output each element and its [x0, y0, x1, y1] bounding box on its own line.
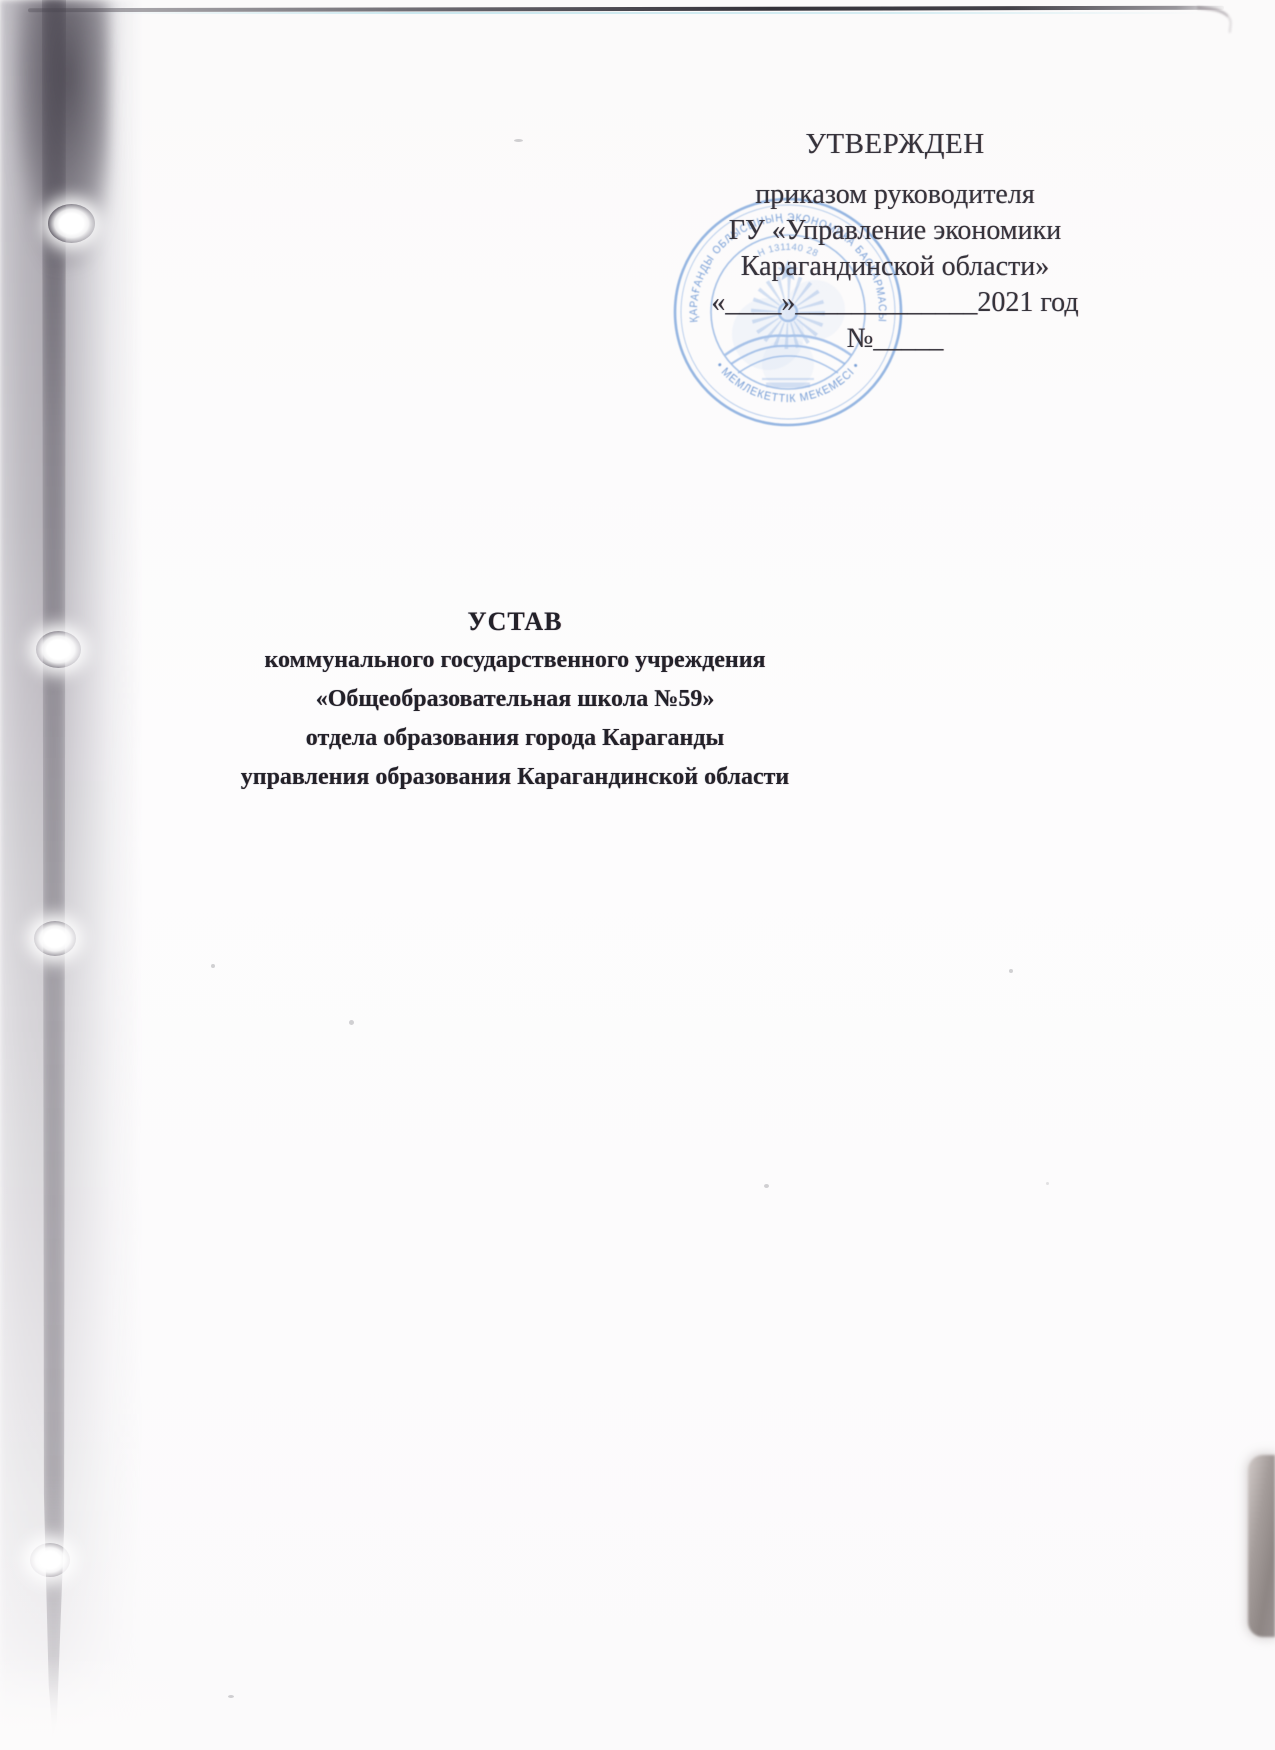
punch-hole — [36, 631, 81, 668]
punch-hole — [34, 921, 76, 956]
scan-side-tab — [1248, 1455, 1275, 1637]
approval-line-by-order: приказом руководителя — [690, 177, 1100, 213]
scanned-document-page: ҚАРАҒАНДЫ ОБЛЫСЫНЫҢ ЭКОНОМИКА БАСҚАРМАСЫ… — [0, 0, 1275, 1750]
scan-speck — [764, 1184, 769, 1188]
title-line-entity: коммунального государственного учреждени… — [135, 641, 895, 680]
scan-speck — [349, 1020, 354, 1025]
title-line-department: отдела образования города Караганды — [135, 719, 895, 758]
scan-top-edge-tint — [96, 12, 1206, 14]
approval-line-approved: УТВЕРЖДЕН — [690, 126, 1100, 162]
scan-edge-curl — [1195, 6, 1233, 33]
scan-speck — [211, 964, 215, 968]
scan-band-fade — [0, 1656, 170, 1750]
punch-hole — [30, 1543, 70, 1577]
scan-speck — [514, 139, 523, 142]
document-title-block: УСТАВ коммунального государственного учр… — [135, 602, 895, 797]
approval-line-gu-name-2: Карагандинской области» — [690, 249, 1100, 285]
approval-line-number-blank: №_____ — [690, 321, 1100, 357]
approval-line-date-blank: «____»_____________2021 год — [690, 285, 1100, 321]
punch-hole — [48, 204, 95, 243]
scan-speck — [228, 1695, 234, 1698]
title-line-region: управления образования Карагандинской об… — [135, 758, 895, 797]
title-line-ustav: УСТАВ — [135, 602, 895, 641]
scan-speck — [1046, 1182, 1049, 1185]
approval-line-gu-name-1: ГУ «Управление экономики — [690, 213, 1100, 249]
title-line-school: «Общеобразовательная школа №59» — [135, 680, 895, 719]
approval-block: УТВЕРЖДЕН приказом руководителя ГУ «Упра… — [690, 126, 1100, 357]
scan-speck — [1009, 969, 1013, 973]
